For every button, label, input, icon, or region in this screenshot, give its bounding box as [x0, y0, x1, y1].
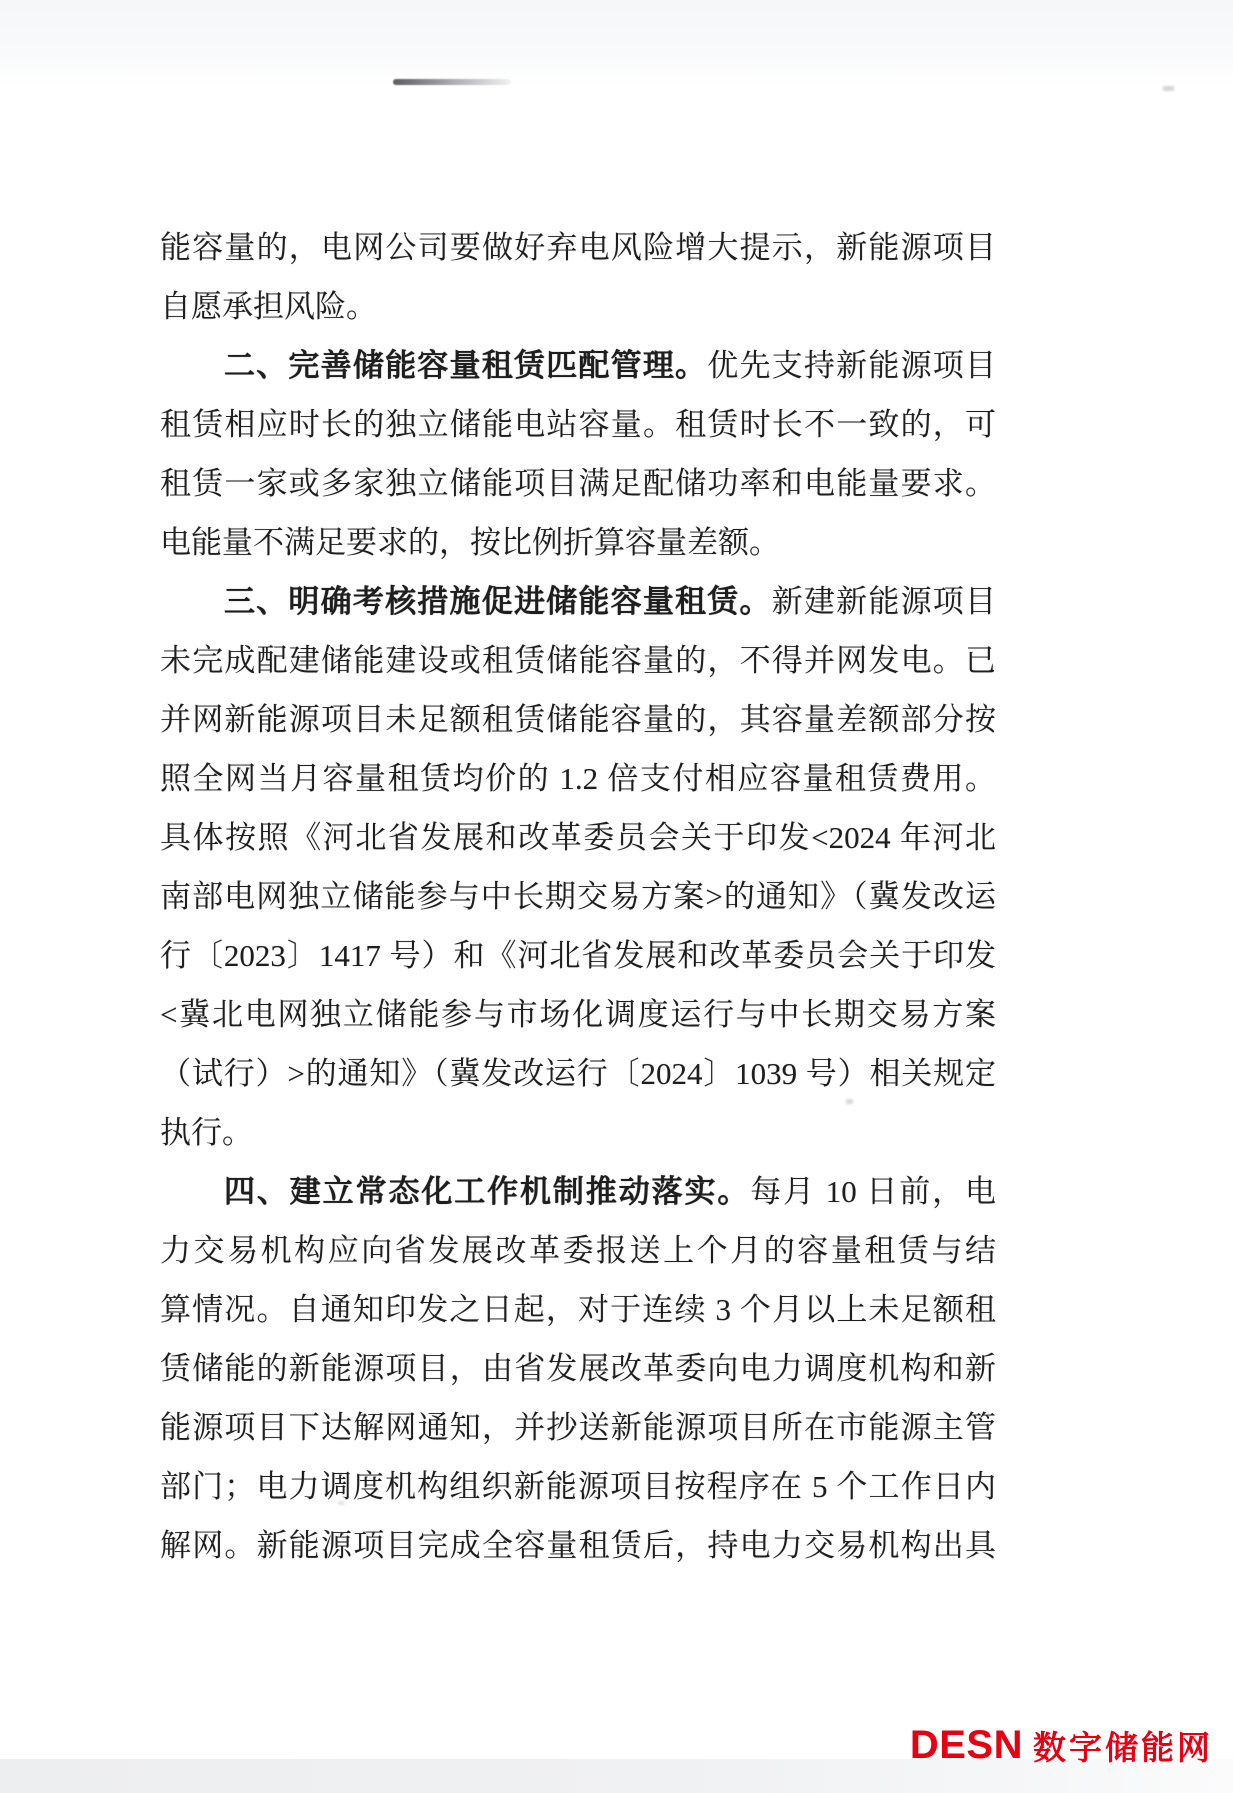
text-segment: 电能量不满足要求的，按比例折算容量差额。: [160, 525, 780, 560]
text-line: 力交易机构应向省发展改革委报送上个月的容量租赁与结: [160, 1221, 996, 1280]
text-line: 租赁一家或多家独立储能项目满足配储功率和电能量要求。: [160, 454, 996, 513]
text-segment: 算情况。自通知印发之日起，对于连续 3 个月以上未足额租: [160, 1292, 996, 1327]
brand-logo-latin: DESN: [910, 1723, 1023, 1768]
text-segment: 能源项目下达解网通知，并抄送新能源项目所在市能源主管: [160, 1410, 996, 1445]
text-line: 三、明确考核措施促进储能容量租赁。新建新能源项目: [160, 572, 996, 631]
text-line: 二、完善储能容量租赁匹配管理。优先支持新能源项目: [160, 336, 996, 395]
document-text: 能容量的，电网公司要做好弃电风险增大提示，新能源项目自愿承担风险。二、完善储能容…: [160, 218, 996, 1575]
text-segment: 并网新能源项目未足额租赁储能容量的，其容量差额部分按: [160, 702, 996, 737]
brand-logo-cjk: 数字储能网: [1033, 1722, 1213, 1769]
text-line: 电能量不满足要求的，按比例折算容量差额。: [160, 513, 996, 572]
text-segment: 自愿承担风险。: [160, 289, 377, 324]
text-segment: 解网。新能源项目完成全容量租赁后，持电力交易机构出具: [160, 1528, 996, 1563]
text-segment: 能容量的，电网公司要做好弃电风险增大提示，新能源项目: [160, 230, 996, 265]
text-line: 能源项目下达解网通知，并抄送新能源项目所在市能源主管: [160, 1398, 996, 1457]
text-line: 具体按照《河北省发展和改革委员会关于印发<2024 年河北: [160, 808, 996, 867]
text-line: 自愿承担风险。: [160, 277, 996, 336]
scan-speck: [1163, 86, 1174, 91]
text-segment: 南部电网独立储能参与中长期交易方案>的通知》（冀发改运: [160, 879, 996, 914]
text-line: 算情况。自通知印发之日起，对于连续 3 个月以上未足额租: [160, 1280, 996, 1339]
text-segment: 赁储能的新能源项目，由省发展改革委向电力调度机构和新: [160, 1351, 996, 1386]
text-line: 能容量的，电网公司要做好弃电风险增大提示，新能源项目: [160, 218, 996, 277]
text-line: 执行。: [160, 1103, 996, 1162]
heading-segment: 四、建立常态化工作机制推动落实。: [224, 1174, 750, 1209]
text-line: 解网。新能源项目完成全容量租赁后，持电力交易机构出具: [160, 1516, 996, 1575]
text-segment: 租赁一家或多家独立储能项目满足配储功率和电能量要求。: [160, 466, 996, 501]
text-line: <冀北电网独立储能参与市场化调度运行与中长期交易方案: [160, 985, 996, 1044]
text-segment: 行〔2023〕1417 号）和《河北省发展和改革委员会关于印发: [160, 938, 996, 973]
text-segment: 未完成配建储能建设或租赁储能容量的，不得并网发电。已: [160, 643, 996, 678]
text-line: 部门；电力调度机构组织新能源项目按程序在 5 个工作日内: [160, 1457, 996, 1516]
text-line: 租赁相应时长的独立储能电站容量。租赁时长不一致的，可: [160, 395, 996, 454]
text-segment: （试行）>的通知》（冀发改运行〔2024〕1039 号）相关规定: [160, 1056, 996, 1091]
text-segment: 具体按照《河北省发展和改革委员会关于印发<2024 年河北: [160, 820, 996, 855]
text-line: 照全网当月容量租赁均价的 1.2 倍支付相应容量租赁费用。: [160, 749, 996, 808]
text-segment: 照全网当月容量租赁均价的 1.2 倍支付相应容量租赁费用。: [160, 761, 996, 796]
text-segment: 新建新能源项目: [772, 584, 996, 619]
text-segment: 优先支持新能源项目: [707, 348, 996, 383]
text-line: 行〔2023〕1417 号）和《河北省发展和改革委员会关于印发: [160, 926, 996, 985]
heading-segment: 二、完善储能容量租赁匹配管理。: [224, 348, 707, 383]
text-line: （试行）>的通知》（冀发改运行〔2024〕1039 号）相关规定: [160, 1044, 996, 1103]
brand-watermark: DESN 数字储能网: [910, 1722, 1213, 1769]
text-line: 并网新能源项目未足额租赁储能容量的，其容量差额部分按: [160, 690, 996, 749]
text-line: 四、建立常态化工作机制推动落实。每月 10 日前，电: [160, 1162, 996, 1221]
text-segment: 部门；电力调度机构组织新能源项目按程序在 5 个工作日内: [160, 1469, 996, 1504]
text-segment: 租赁相应时长的独立储能电站容量。租赁时长不一致的，可: [160, 407, 996, 442]
text-line: 赁储能的新能源项目，由省发展改革委向电力调度机构和新: [160, 1339, 996, 1398]
text-line: 南部电网独立储能参与中长期交易方案>的通知》（冀发改运: [160, 867, 996, 926]
scan-edge-top: [0, 0, 1233, 86]
heading-segment: 三、明确考核措施促进储能容量租赁。: [224, 584, 772, 619]
text-segment: 每月 10 日前，电: [750, 1174, 996, 1209]
text-segment: <冀北电网独立储能参与市场化调度运行与中长期交易方案: [160, 997, 996, 1032]
text-segment: 执行。: [160, 1115, 253, 1150]
text-segment: 力交易机构应向省发展改革委报送上个月的容量租赁与结: [160, 1233, 996, 1268]
text-line: 未完成配建储能建设或租赁储能容量的，不得并网发电。已: [160, 631, 996, 690]
scan-smudge-artifact: [393, 79, 511, 85]
